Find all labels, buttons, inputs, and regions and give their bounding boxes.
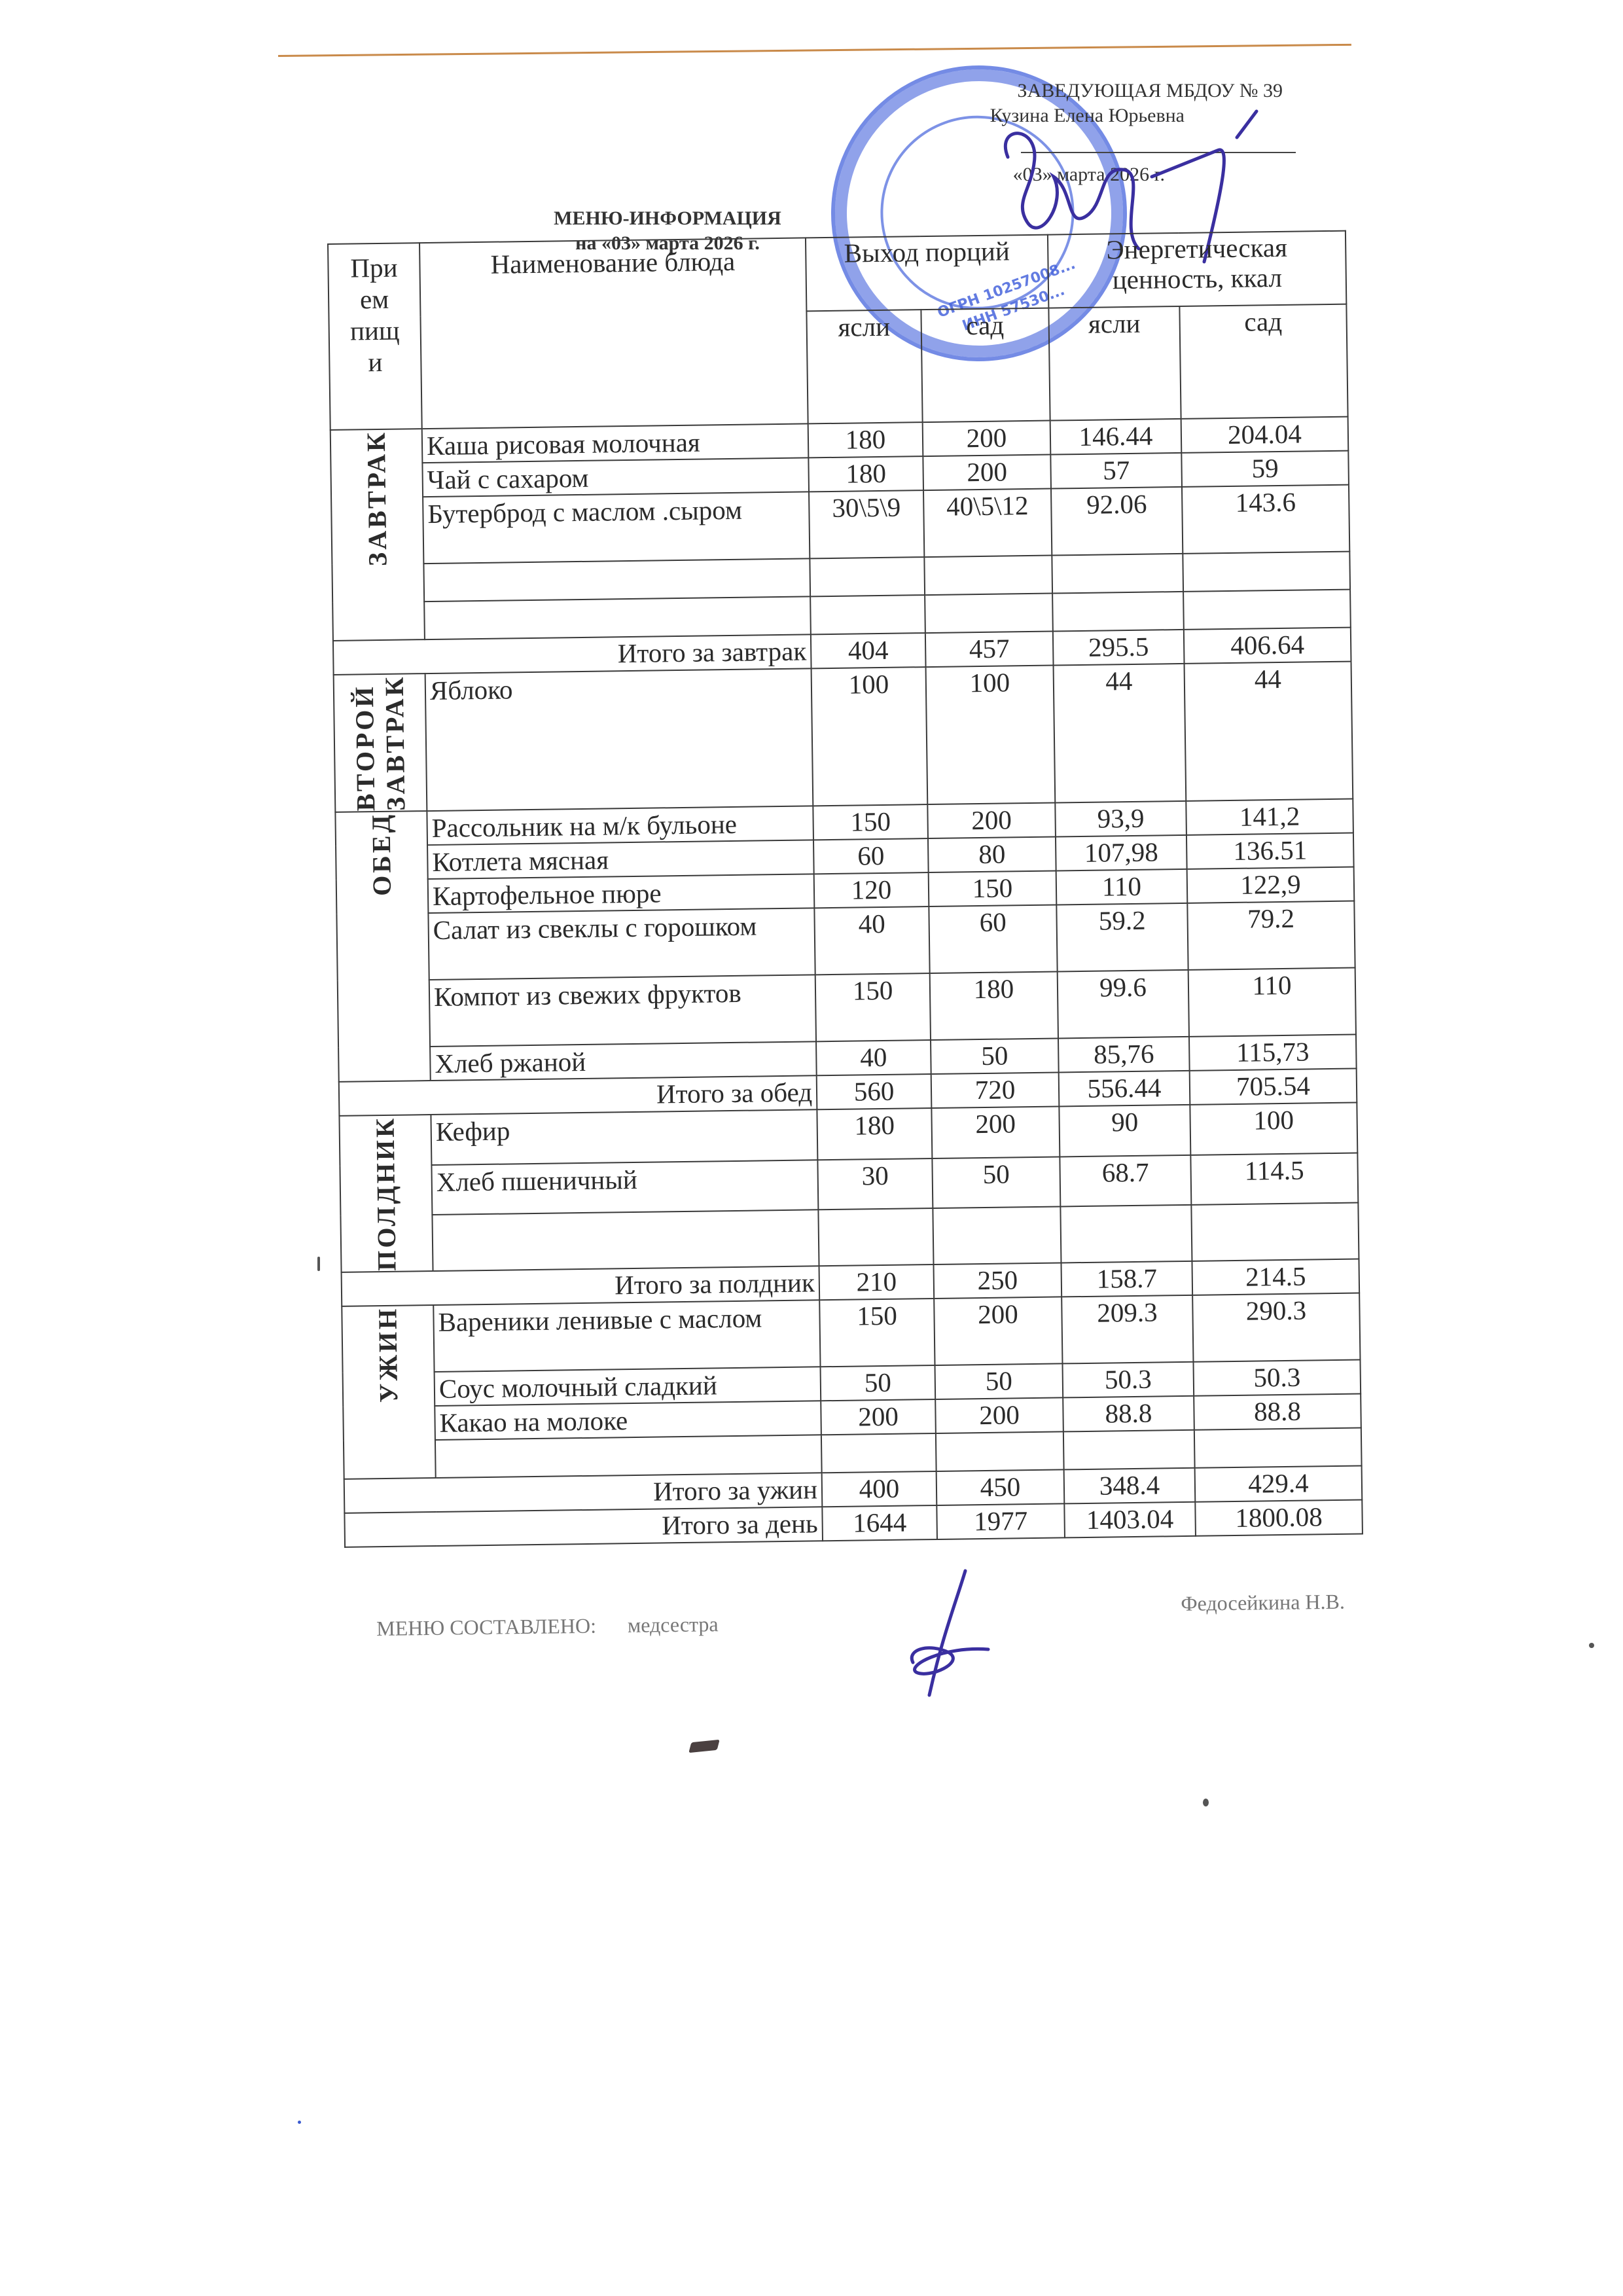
kcal-garden: 59	[1181, 451, 1349, 487]
kcal-garden: 100	[1190, 1103, 1357, 1155]
portion-garden: 200	[923, 455, 1051, 491]
dish-name	[435, 1435, 822, 1478]
total-value: 348.4	[1064, 1468, 1196, 1504]
portion-nursery: 150	[819, 1299, 935, 1367]
total-value: 400	[822, 1471, 937, 1507]
portion-garden	[936, 1431, 1064, 1471]
kcal-nursery	[1052, 592, 1184, 632]
kcal-nursery	[1052, 554, 1183, 594]
kcal-nursery: 68.7	[1060, 1155, 1191, 1207]
approval-name: Кузина Елена Юрьевна	[916, 103, 1185, 128]
total-label: Итого за завтрак	[333, 634, 811, 675]
kcal-garden	[1194, 1427, 1362, 1467]
scan-mark	[688, 1740, 719, 1753]
portion-garden: 200	[923, 421, 1051, 457]
portion-garden: 200	[935, 1397, 1063, 1433]
day-total-value: 1403.04	[1064, 1502, 1196, 1538]
footer-role: медсестра	[628, 1612, 719, 1638]
kcal-nursery: 88.8	[1063, 1396, 1194, 1432]
dish-name	[423, 558, 810, 601]
total-value: 429.4	[1195, 1465, 1363, 1501]
dish-name: Вареники ленивые с маслом	[433, 1300, 820, 1372]
total-value: 214.5	[1192, 1259, 1359, 1295]
signature-line	[1021, 152, 1296, 153]
portion-nursery: 150	[813, 804, 928, 840]
meal-label: ВТОРОЙ ЗАВТРАК	[334, 673, 427, 812]
portion-garden: 50	[931, 1039, 1059, 1075]
dish-name: Хлеб пшеничный	[431, 1160, 818, 1215]
portion-nursery: 200	[821, 1399, 936, 1435]
kcal-nursery: 92.06	[1051, 487, 1183, 556]
kcal-garden	[1191, 1203, 1359, 1261]
portion-nursery: 60	[813, 838, 929, 874]
portion-nursery: 120	[814, 872, 929, 908]
total-label: Итого за обед	[339, 1075, 817, 1116]
dish-name: Соус молочный сладкий	[435, 1367, 821, 1406]
portion-garden: 50	[935, 1363, 1063, 1399]
total-value: 404	[811, 633, 926, 668]
kcal-garden: 136.51	[1186, 833, 1354, 869]
portion-garden	[933, 1207, 1061, 1265]
portion-garden: 150	[929, 871, 1057, 907]
total-value: 556.44	[1059, 1071, 1190, 1107]
portion-nursery	[821, 1433, 936, 1473]
kcal-garden: 110	[1188, 968, 1356, 1037]
kcal-nursery: 90	[1059, 1105, 1190, 1157]
kcal-garden: 44	[1185, 662, 1353, 801]
page-top-rule	[278, 44, 1351, 57]
kcal-garden: 88.8	[1194, 1393, 1361, 1429]
kcal-nursery: 107,98	[1056, 835, 1187, 871]
kcal-garden: 204.04	[1181, 417, 1349, 453]
total-value: 210	[819, 1265, 935, 1300]
portion-nursery: 30\5\9	[809, 490, 924, 558]
header-sub-nursery-portion: ясли	[806, 310, 922, 423]
total-value: 560	[817, 1074, 932, 1109]
kcal-nursery: 209.3	[1061, 1295, 1193, 1364]
dish-name: Бутерброд с маслом .сыром	[423, 492, 810, 564]
menu-table-wrapper: При ем пищ и Наименование блюда Выход по…	[327, 230, 1363, 1548]
total-label: Итого за ужин	[344, 1473, 823, 1513]
dish-name	[424, 596, 811, 639]
day-total-value: 1800.08	[1195, 1499, 1363, 1535]
header-energy: Энергетическая ценность, ккал	[1048, 231, 1346, 308]
dish-name: Каша рисовая молочная	[422, 423, 809, 463]
kcal-nursery: 85,76	[1058, 1037, 1190, 1073]
dish-name: Картофельное пюре	[428, 874, 815, 913]
dish-name: Какао на молоке	[435, 1401, 821, 1440]
portion-nursery: 100	[811, 667, 928, 806]
portion-nursery: 180	[808, 422, 923, 457]
portion-nursery: 180	[817, 1108, 932, 1160]
kcal-nursery: 99.6	[1058, 970, 1189, 1039]
portion-nursery: 180	[808, 456, 923, 492]
kcal-garden	[1183, 590, 1351, 630]
day-total-label: Итого за день	[344, 1507, 823, 1547]
table-row: Бутерброд с маслом .сыром30\5\940\5\1292…	[331, 485, 1349, 565]
approval-position: ЗАВЕДУЮЩАЯ МБДОУ № 39	[916, 79, 1283, 103]
portion-garden: 100	[926, 666, 1056, 805]
dish-name: Компот из свежих фруктов	[429, 975, 816, 1047]
portion-nursery: 50	[821, 1365, 936, 1401]
total-label: Итого за полдник	[342, 1266, 820, 1306]
approval-block: ЗАВЕДУЮЩАЯ МБДОУ № 39 Кузина Елена Юрьев…	[916, 79, 1283, 187]
footer: МЕНЮ СОСТАВЛЕНО: медсестра Федосейкина Н…	[376, 1604, 1358, 1641]
portion-garden: 40\5\12	[923, 489, 1052, 558]
portion-nursery	[810, 557, 925, 596]
scan-speck	[1203, 1799, 1209, 1806]
total-value: 295.5	[1053, 630, 1185, 666]
dish-name: Рассольник на м/к бульоне	[427, 806, 813, 845]
portion-garden	[925, 594, 1053, 634]
kcal-garden	[1183, 552, 1350, 592]
total-value: 158.7	[1061, 1261, 1192, 1297]
portion-nursery: 30	[817, 1158, 933, 1210]
day-total-value: 1977	[936, 1503, 1065, 1539]
scan-speck	[298, 2121, 301, 2124]
total-value: 450	[936, 1469, 1065, 1505]
portion-garden	[924, 556, 1052, 596]
scan-speck	[317, 1257, 320, 1271]
total-value: 720	[931, 1073, 1060, 1109]
portion-nursery: 40	[814, 906, 929, 975]
portion-garden: 200	[927, 803, 1056, 839]
kcal-nursery: 93,9	[1055, 801, 1186, 837]
table-row: Салат из свеклы с горошком406059.279.2	[336, 901, 1355, 981]
portion-nursery	[818, 1208, 933, 1266]
portion-garden: 180	[930, 972, 1058, 1041]
dish-name: Кефир	[431, 1109, 817, 1164]
dish-name: Чай с сахаром	[422, 457, 809, 497]
kcal-nursery	[1063, 1430, 1195, 1470]
total-value: 250	[933, 1263, 1061, 1299]
portion-garden: 200	[934, 1297, 1062, 1365]
footer-name: Федосейкина Н.В.	[1181, 1590, 1345, 1616]
kcal-garden: 50.3	[1193, 1359, 1361, 1395]
kcal-garden: 290.3	[1192, 1293, 1360, 1361]
kcal-garden: 79.2	[1187, 901, 1355, 970]
header-meal: При ем пищ и	[328, 243, 422, 430]
kcal-nursery: 146.44	[1050, 419, 1182, 455]
kcal-garden: 114.5	[1190, 1153, 1358, 1205]
day-total-value: 1644	[822, 1505, 937, 1541]
portion-garden: 60	[929, 905, 1057, 974]
meal-label: ПОЛДНИК	[339, 1115, 433, 1272]
portion-nursery: 150	[815, 973, 931, 1041]
kcal-garden: 141,2	[1186, 799, 1353, 835]
dish-name: Котлета мясная	[427, 840, 814, 879]
kcal-garden: 115,73	[1189, 1035, 1357, 1071]
scan-speck	[1589, 1643, 1594, 1648]
menu-body: ЗАВТРАККаша рисовая молочная180200146.44…	[330, 417, 1363, 1547]
meal-label: УЖИН	[342, 1305, 435, 1479]
kcal-nursery: 59.2	[1056, 903, 1188, 972]
menu-table: При ем пищ и Наименование блюда Выход по…	[327, 230, 1363, 1548]
dish-name: Яблоко	[425, 668, 813, 811]
meal-label: ОБЕД	[335, 811, 430, 1082]
approval-date: «03» марта 2026 г.	[916, 162, 1165, 187]
portion-garden: 50	[932, 1157, 1060, 1208]
dish-name: Салат из свеклы с горошком	[428, 908, 815, 980]
total-value: 457	[925, 632, 1054, 668]
kcal-nursery	[1060, 1205, 1192, 1263]
table-row: ВТОРОЙ ЗАВТРАКЯблоко1001004444	[334, 662, 1353, 812]
kcal-nursery: 44	[1054, 664, 1186, 803]
dish-name	[432, 1210, 819, 1271]
dish-name: Хлеб ржаной	[430, 1041, 817, 1081]
kcal-garden: 122,9	[1187, 867, 1355, 903]
kcal-nursery: 50.3	[1062, 1362, 1194, 1398]
portion-garden: 80	[928, 837, 1056, 873]
portion-nursery	[810, 595, 925, 634]
kcal-nursery: 57	[1050, 453, 1182, 489]
header-dish: Наименование блюда	[419, 238, 808, 429]
title-heading: МЕНЮ-ИНФОРМАЦИЯ	[504, 206, 831, 231]
portion-nursery: 40	[816, 1040, 931, 1075]
total-value: 705.54	[1190, 1069, 1357, 1105]
kcal-garden: 143.6	[1182, 485, 1349, 554]
header-sub-nursery-kcal: ясли	[1048, 306, 1181, 421]
table-row: Компот из свежих фруктов15018099.6110	[338, 968, 1356, 1048]
total-value: 406.64	[1184, 628, 1351, 664]
header-sub-garden-portion: сад	[921, 308, 1050, 423]
footer-label: МЕНЮ СОСТАВЛЕНО:	[376, 1614, 596, 1641]
table-row: УЖИНВареники ленивые с маслом150200209.3…	[342, 1293, 1360, 1372]
header-portion: Выход порций	[806, 235, 1048, 312]
meal-label: ЗАВТРАК	[330, 429, 425, 641]
header-sub-garden-kcal: сад	[1179, 304, 1347, 419]
portion-garden: 200	[931, 1107, 1060, 1158]
kcal-nursery: 110	[1056, 869, 1188, 905]
